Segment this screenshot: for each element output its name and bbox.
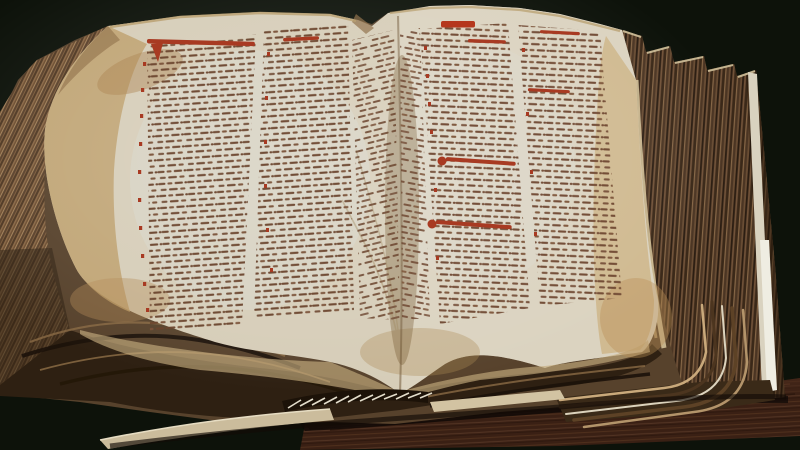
open-pages — [0, 0, 800, 450]
gutter-fold-text-left — [352, 30, 400, 320]
book-photo-illustration: Dense medieval minuscule script, illegib… — [0, 0, 800, 450]
manuscript-text — [147, 23, 622, 334]
photograph-medieval-manuscript: Dense medieval minuscule script, illegib… — [0, 0, 800, 450]
left-page-column-1 — [147, 34, 256, 334]
left-page-column-2 — [254, 23, 354, 318]
right-page-heading — [441, 21, 475, 28]
